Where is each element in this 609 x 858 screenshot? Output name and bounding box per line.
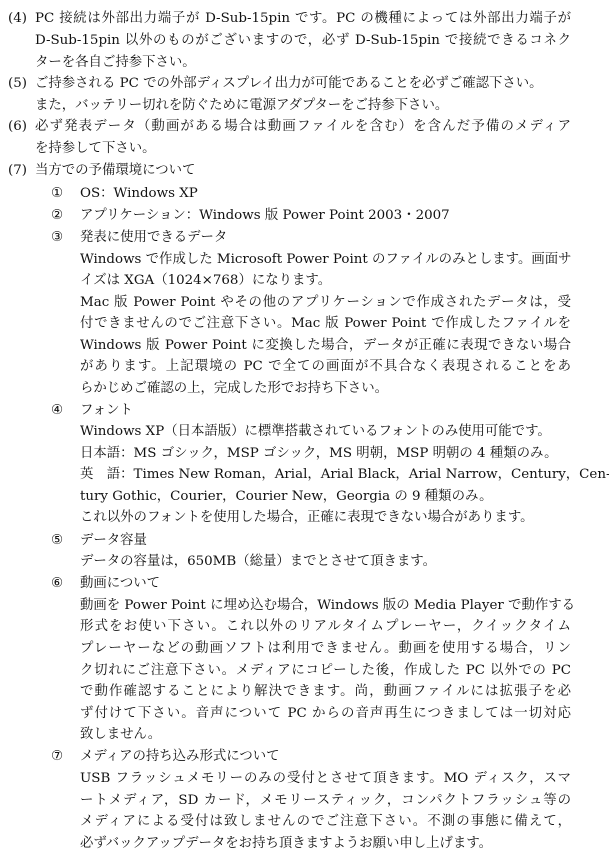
- list-marker: ④: [51, 400, 63, 421]
- line-text: ターを各自ご持参下さい。: [35, 52, 571, 73]
- line-text: イズは XGA（1024×768）になります。: [80, 270, 571, 291]
- line-text: 付できませんのでご注意下さい。Mac 版 Power Point で作成したファ…: [80, 313, 571, 334]
- line-text: があります。上記環境の PC で全ての画面が不具合なく表現されることをあ: [80, 356, 571, 377]
- line-text: Windows で作成した Microsoft Power Point のファイ…: [80, 249, 571, 270]
- line-text: 動画について: [80, 573, 571, 594]
- line-text: Windows 版 Power Point に変換した場合，データが正確に表現で…: [80, 335, 571, 356]
- line-text: Mac 版 Power Point やその他のアプリケーションで作成されたデータ…: [80, 292, 571, 313]
- line-text: プレーヤーなどの動画ソフトは利用できません。動画を使用する場合，リン: [80, 638, 571, 659]
- line-text: アプリケーション：Windows 版 Power Point 2003・2007: [80, 205, 571, 226]
- line-text: ートメディア，SD カード，メモリースティック，コンパクトフラッシュ等の: [80, 790, 571, 811]
- line-text: らかじめご確認の上，完成した形でお持ち下さい。: [80, 378, 571, 399]
- line-text: メディアの持ち込み形式について: [80, 746, 571, 767]
- line-text: USB フラッシュメモリーのみの受付とさせて頂きます。MO ディスク，スマ: [80, 768, 571, 789]
- line-text: メディアによる受付は致しませんのでご注意下さい。不測の事態に備えて，: [80, 811, 571, 832]
- line-text: ク切れにご注意下さい。メディアにコピーした後，作成した PC 以外での PC: [80, 660, 571, 681]
- list-marker: (6): [8, 116, 27, 137]
- line-text: データ容量: [80, 530, 571, 551]
- line-text: 発表に使用できるデータ: [80, 227, 571, 248]
- list-marker: ⑦: [51, 746, 63, 767]
- list-marker: ①: [51, 183, 63, 204]
- line-text: 日本語：MS ゴシック，MSP ゴシック，MS 明朝，MSP 明朝の 4 種類の…: [80, 443, 571, 464]
- line-text: ず付けて下さい。音声について PC からの音声再生につきましては一切対応: [80, 703, 571, 724]
- line-text: フォント: [80, 400, 571, 421]
- list-marker: ⑤: [51, 530, 63, 551]
- line-text: 英 語：Times New Roman，Arial，Arial Black，Ar…: [80, 464, 571, 485]
- line-text: 致しません。: [80, 724, 571, 745]
- line-text: Windows XP（日本語版）に標準搭載されているフォントのみ使用可能です。: [80, 421, 571, 442]
- line-text: PC 接続は外部出力端子が D-Sub-15pin です。PC の機種によっては…: [35, 8, 571, 29]
- list-marker: ②: [51, 205, 63, 226]
- line-text: 形式をお使い下さい。これ以外のリアルタイムプレーヤー，クイックタイム: [80, 616, 571, 637]
- line-text: 必ず発表データ（動画がある場合は動画ファイルを含む）を含んだ予備のメディア: [35, 116, 571, 137]
- line-text: 動画を Power Point に埋め込む場合，Windows 版の Media…: [80, 595, 571, 616]
- list-marker: ⑥: [51, 573, 63, 594]
- list-marker: ③: [51, 227, 63, 248]
- list-marker: (4): [8, 8, 27, 29]
- line-text: データの容量は，650MB（総量）までとさせて頂きます。: [80, 551, 571, 572]
- list-marker: (7): [8, 160, 27, 181]
- line-text: また，バッテリー切れを防ぐために電源アダプターをご持参下さい。: [35, 95, 571, 116]
- line-text: D-Sub-15pin 以外のものがございますので，必ず D-Sub-15pin…: [35, 30, 571, 51]
- list-marker: (5): [8, 73, 27, 94]
- line-text: を持参して下さい。: [35, 138, 571, 159]
- line-text: ご持参される PC での外部ディスプレイ出力が可能であることを必ずご確認下さい。: [35, 73, 571, 94]
- line-text: これ以外のフォントを使用した場合，正確に表現できない場合があります。: [80, 507, 571, 528]
- line-text: OS：Windows XP: [80, 183, 571, 204]
- line-text: 必ずバックアップデータをお持ち頂きますようお願い申し上げます。: [80, 833, 571, 854]
- line-text: で動作確認することにより解決できます。尚，動画ファイルには拡張子を必: [80, 681, 571, 702]
- line-text: 当方での予備環境について: [35, 160, 571, 181]
- line-text: tury Gothic，Courier，Courier New，Georgia …: [80, 486, 571, 507]
